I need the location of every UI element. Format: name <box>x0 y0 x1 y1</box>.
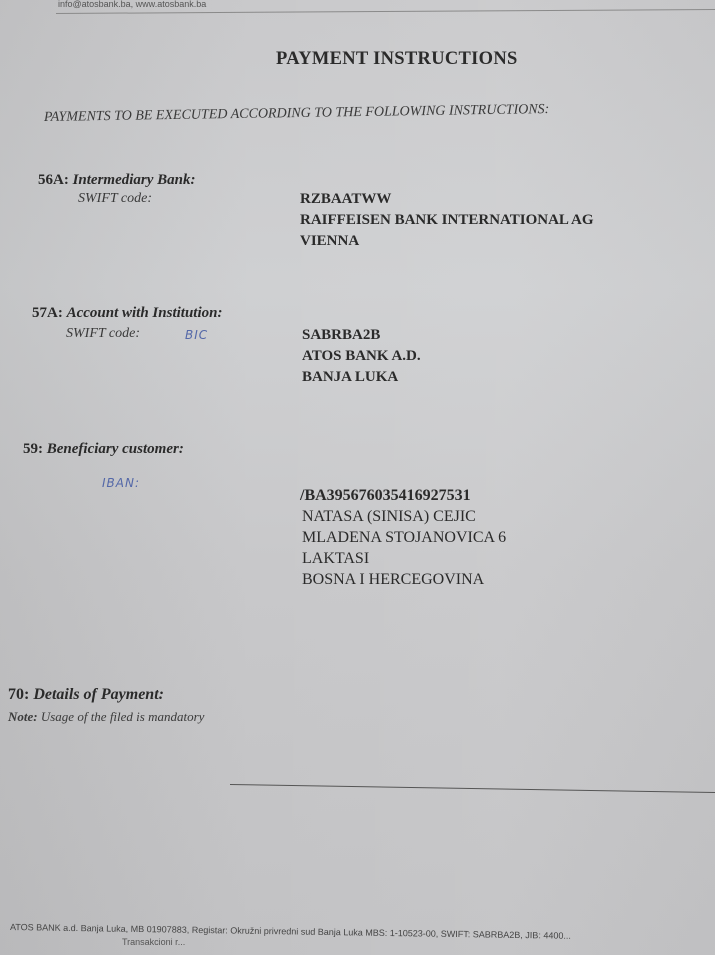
beneficiary-name: NATASA (SINISA) CEJIC <box>302 506 506 527</box>
section-title: Beneficiary customer: <box>47 441 184 457</box>
section-title: Intermediary Bank: <box>73 172 196 188</box>
note-label: Note: <box>8 709 38 724</box>
section-code: 56A: <box>38 172 69 188</box>
bank-contact: info@atosbank.ba, www.atosbank.ba <box>58 0 206 9</box>
section-code: 59: <box>23 441 43 457</box>
section-57a-heading: 57A: Account with Institution: <box>32 305 222 322</box>
bank-name: ATOS BANK A.D. <box>302 346 421 367</box>
swift-code-label: SWIFT code: <box>78 191 152 207</box>
section-59-heading: 59: Beneficiary customer: <box>23 441 184 458</box>
beneficiary-details: /BA395676035416927531 NATASA (SINISA) CE… <box>300 485 506 590</box>
intermediary-bank-details: RZBAATWW RAIFFEISEN BANK INTERNATIONAL A… <box>300 189 594 252</box>
header-divider <box>56 9 715 14</box>
beneficiary-country: BOSNA I HERCEGOVINA <box>302 569 506 590</box>
instructions-subtitle: PAYMENTS TO BE EXECUTED ACCORDING TO THE… <box>44 102 550 126</box>
section-56a-heading: 56A: Intermediary Bank: <box>38 172 196 189</box>
bank-name: RAIFFEISEN BANK INTERNATIONAL AG <box>300 210 594 231</box>
section-title: Details of Payment: <box>33 686 164 703</box>
bank-city: BANJA LUKA <box>302 367 421 388</box>
section-70-heading: 70: Details of Payment: <box>8 686 164 704</box>
bank-city: VIENNA <box>300 231 594 252</box>
beneficiary-street: MLADENA STOJANOVICA 6 <box>302 527 506 548</box>
beneficiary-iban: /BA395676035416927531 <box>300 485 506 506</box>
account-institution-details: SABRBA2B ATOS BANK A.D. BANJA LUKA <box>302 325 421 388</box>
note-text: Usage of the filed is mandatory <box>41 709 205 724</box>
swift-code-label: SWIFT code: <box>66 326 140 342</box>
swift-code-value: SABRBA2B <box>302 325 421 346</box>
handwritten-bic-note: BIC <box>185 328 208 342</box>
swift-code-value: RZBAATWW <box>300 189 594 210</box>
handwritten-iban-note: IBAN: <box>102 476 140 490</box>
section-code: 57A: <box>32 305 63 321</box>
section-title: Account with Institution: <box>67 305 223 321</box>
beneficiary-city: LAKTASI <box>302 548 506 569</box>
payment-details-line <box>230 784 715 793</box>
bank-footer-line2: Transakcioni r... <box>122 937 185 947</box>
bank-registration-footer: ATOS BANK a.d. Banja Luka, MB 01907883, … <box>10 922 571 941</box>
section-code: 70: <box>8 686 29 703</box>
page-title: PAYMENT INSTRUCTIONS <box>276 49 518 70</box>
mandatory-note: Note: Usage of the filed is mandatory <box>8 709 204 725</box>
